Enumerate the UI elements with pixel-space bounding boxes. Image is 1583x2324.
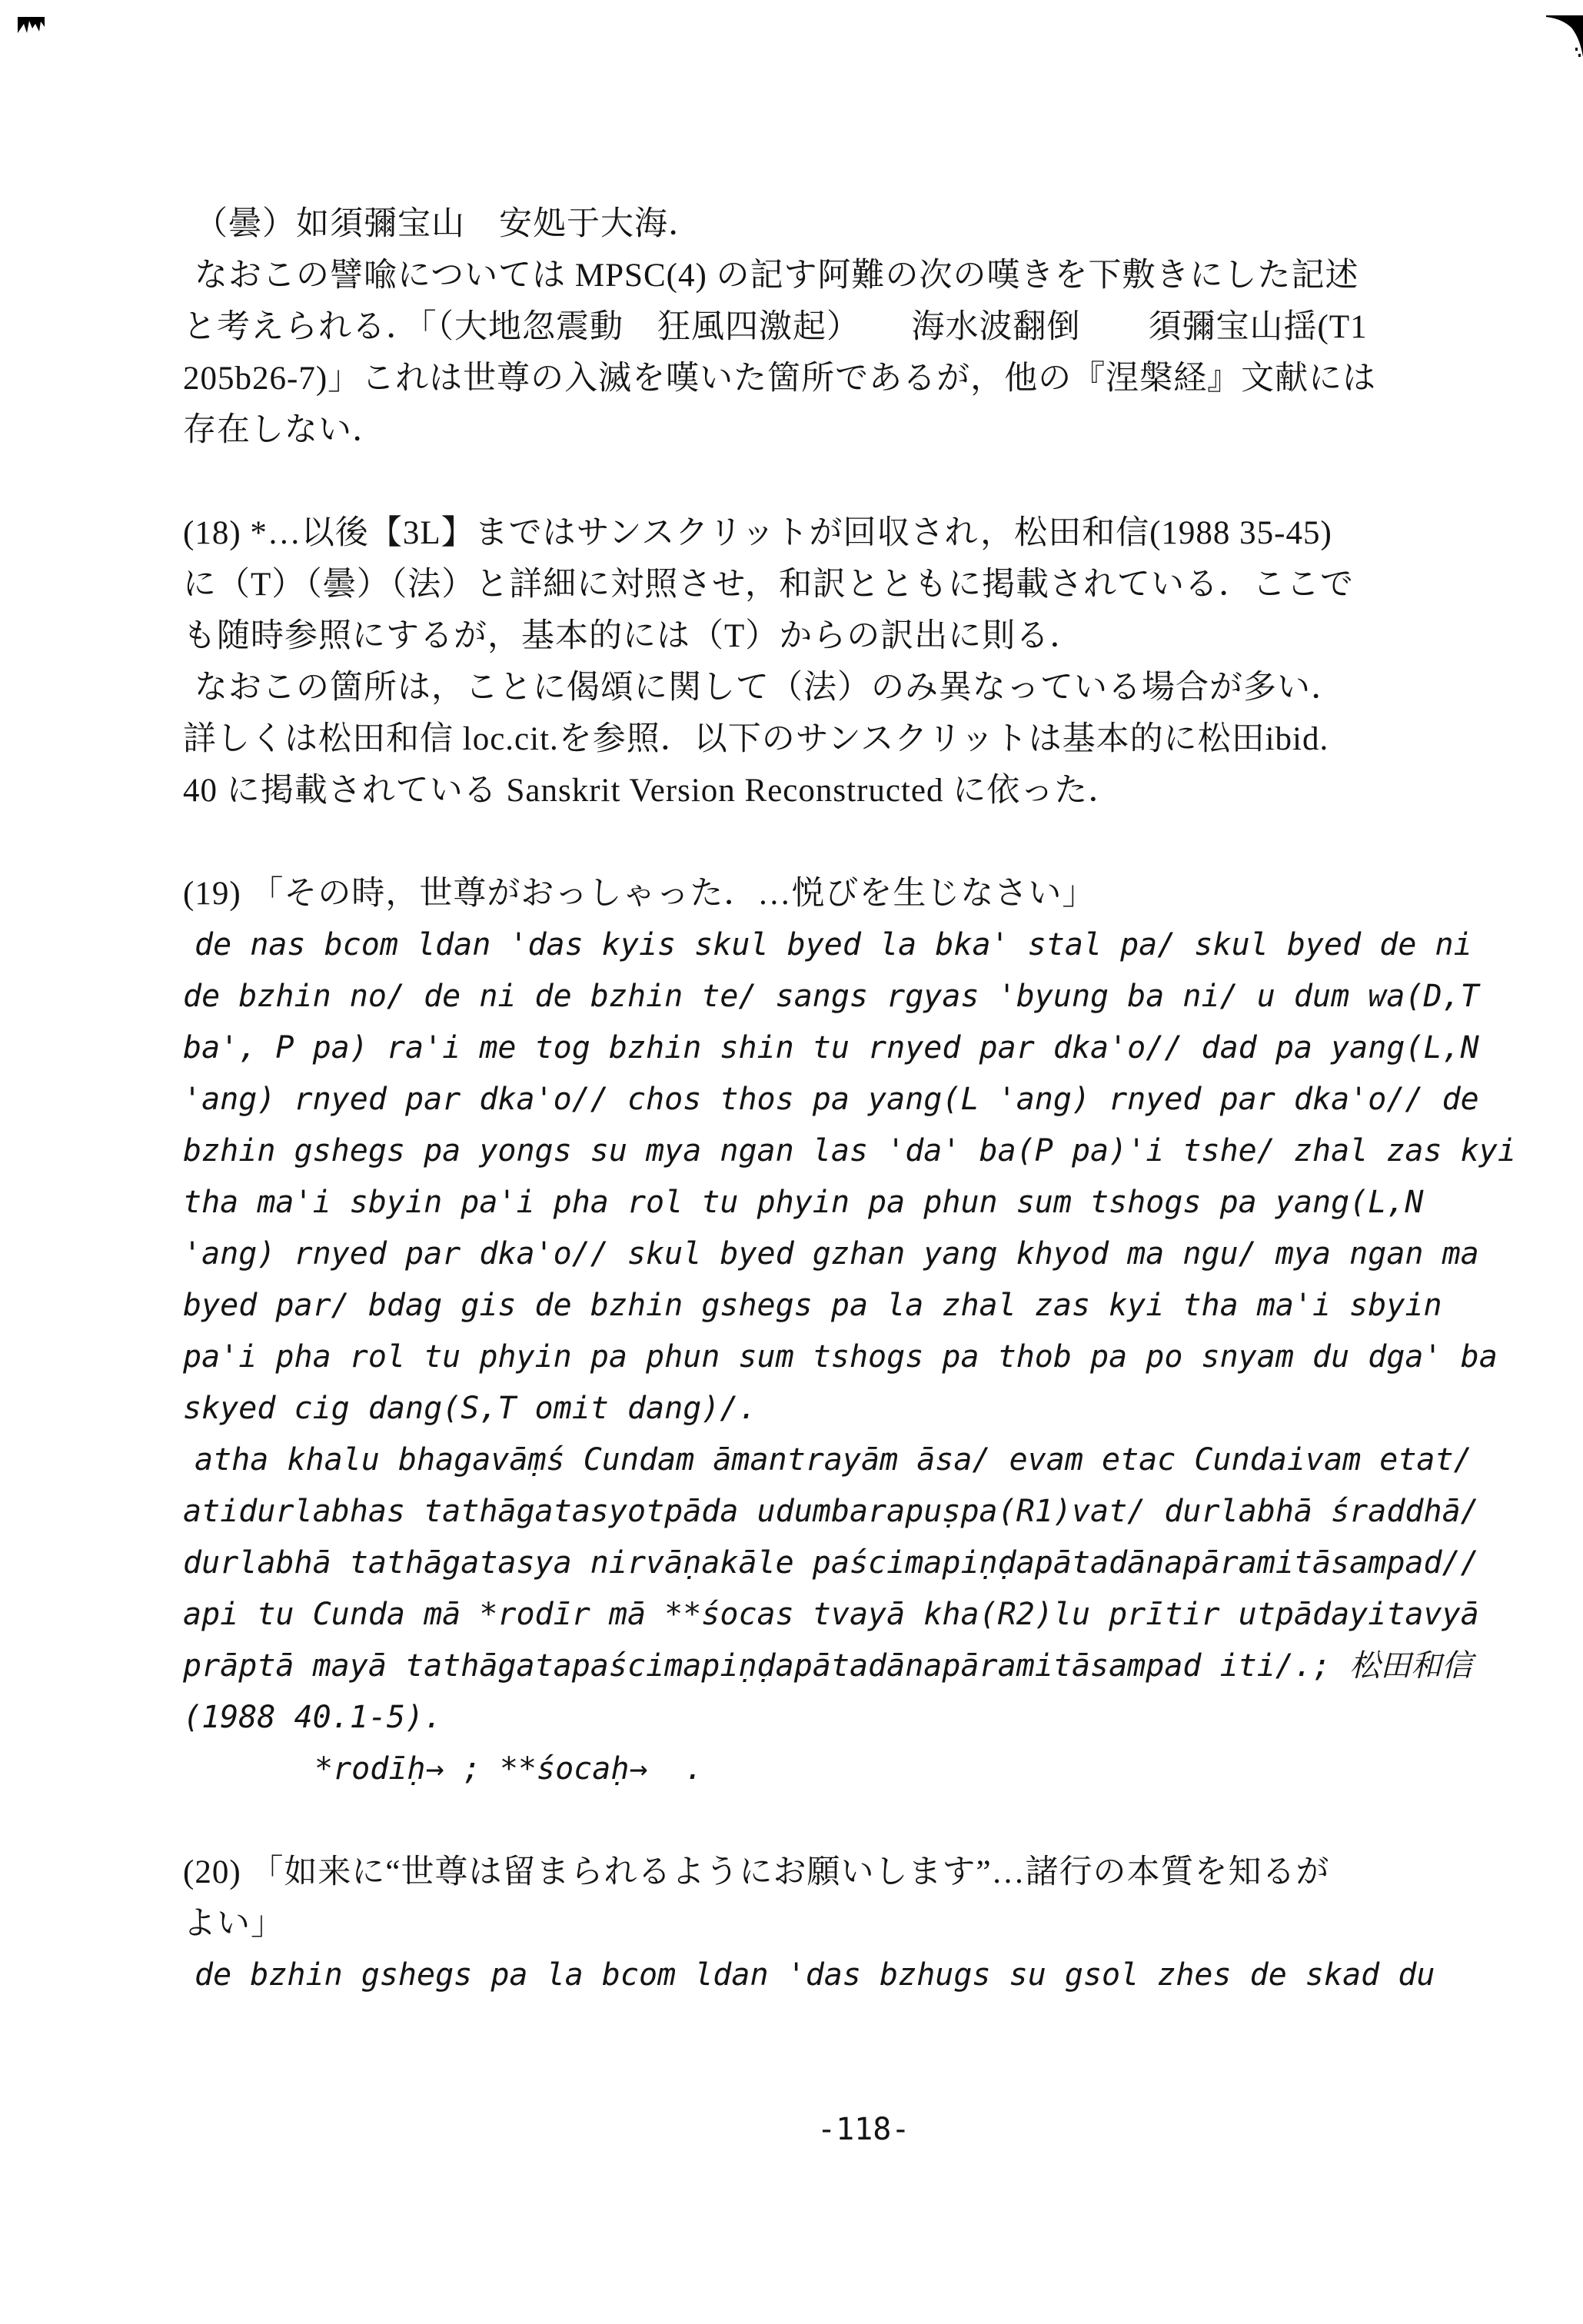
text-line: なおこの箇所は，ことに偈頌に関して（法）のみ異なっている場合が多い． (0, 662, 1583, 713)
scanned-paper-page: （曇）如須彌宝山 安処于大海．なおこの譬喩については MPSC(4) の記す阿難… (0, 0, 1583, 2324)
blank-line (0, 816, 1583, 868)
text-lines: （曇）如須彌宝山 安処于大海．なおこの譬喩については MPSC(4) の記す阿難… (0, 198, 1583, 2001)
text-line: durlabhā tathāgatasya nirvāṇakāle paścim… (0, 1538, 1583, 1589)
text-line: 205b26-7)」これは世尊の入滅を嘆いた箇所であるが，他の『涅槃経』文献には (0, 353, 1583, 404)
text-line: tha ma'i sbyin pa'i pha rol tu phyin pa … (0, 1177, 1583, 1228)
text-line: なおこの譬喩については MPSC(4) の記す阿難の次の嘆きを下敷きにした記述 (0, 250, 1583, 301)
text-line: と考えられる．「（大地忽震動 狂風四激起） 海水波翻倒 須彌宝山揺(T1 (0, 301, 1583, 353)
text-line: de bzhin gshegs pa la bcom ldan 'das bzh… (0, 1950, 1583, 2001)
text-line: ba', P pa) ra'i me tog bzhin shin tu rny… (0, 1022, 1583, 1074)
text-line: 'ang) rnyed par dka'o// skul byed gzhan … (0, 1228, 1583, 1280)
text-line: (18) *…以後【3L】まではサンスクリットが回収され，松田和信(1988 3… (0, 507, 1583, 559)
text-line: （曇）如須彌宝山 安処于大海． (0, 198, 1583, 250)
text-line: (1988 40.1-5). (0, 1692, 1583, 1744)
text-line: 'ang) rnyed par dka'o// chos thos pa yan… (0, 1074, 1583, 1125)
text-line: skyed cig dang(S,T omit dang)/. (0, 1383, 1583, 1435)
text-line: 詳しくは松田和信 loc.cit.を参照．以下のサンスクリットは基本的に松田ib… (0, 713, 1583, 765)
text-line: bzhin gshegs pa yongs su mya ngan las 'd… (0, 1125, 1583, 1177)
scan-smudge-icon (15, 14, 48, 38)
blank-line (0, 1795, 1583, 1847)
text-line: *rodīḥ→ ; **śocaḥ→ . (0, 1744, 1583, 1795)
text-line: に（T）（曇）（法）と詳細に対照させ，和訳とともに掲載されている．ここで (0, 559, 1583, 610)
text-line: 40 に掲載されている Sanskrit Version Reconstruct… (0, 765, 1583, 816)
text-line: de nas bcom ldan 'das kyis skul byed la … (0, 919, 1583, 971)
blank-line (0, 456, 1583, 507)
text-line: も随時参照にするが，基本的には（T）からの訳出に則る． (0, 610, 1583, 662)
text-line: atidurlabhas tathāgatasyotpāda udumbarap… (0, 1486, 1583, 1538)
text-line: (19) 「その時，世尊がおっしゃった．…悦びを生じなさい」 (0, 868, 1583, 919)
page-number: -118- (817, 2104, 910, 2156)
text-line: よい」 (0, 1898, 1583, 1950)
text-line: de bzhin no/ de ni de bzhin te/ sangs rg… (0, 971, 1583, 1022)
page-curl-corner-icon (1546, 14, 1583, 60)
text-line: 存在しない． (0, 404, 1583, 456)
text-line: prāptā mayā tathāgatapaścimapiṇḍapātadān… (0, 1641, 1583, 1692)
text-line: pa'i pha rol tu phyin pa phun sum tshogs… (0, 1332, 1583, 1383)
text-line: byed par/ bdag gis de bzhin gshegs pa la… (0, 1280, 1583, 1332)
text-line: api tu Cunda mā *rodīr mā **śocas tvayā … (0, 1589, 1583, 1641)
text-line: (20) 「如来に“世尊は留まられるようにお願いします”…諸行の本質を知るが (0, 1847, 1583, 1898)
text-line: atha khalu bhagavāṃś Cundam āmantrayām ā… (0, 1435, 1583, 1486)
